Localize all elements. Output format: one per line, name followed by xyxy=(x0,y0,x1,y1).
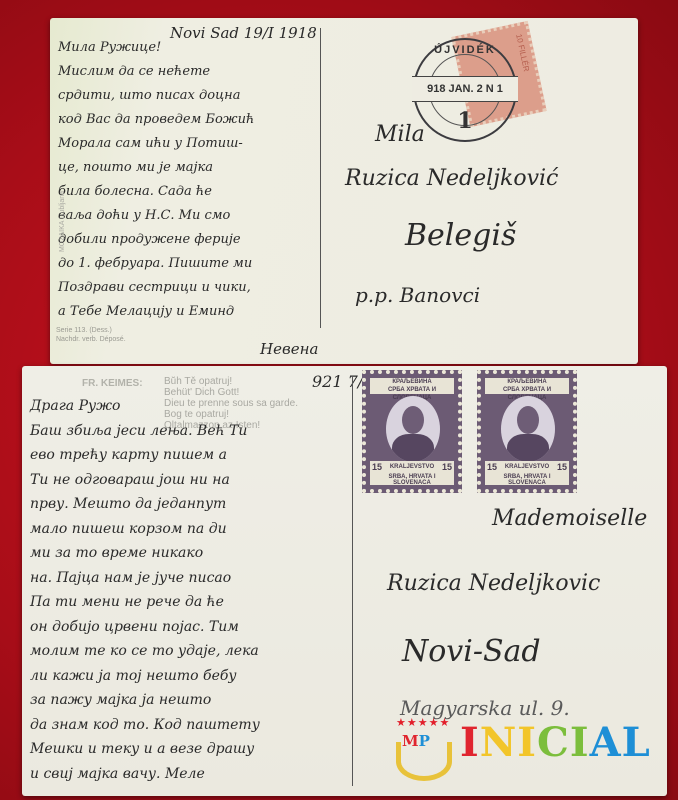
message-line: мало пишеш корзом па ди xyxy=(30,521,227,537)
watermark-letter: A xyxy=(590,720,622,766)
message-line: Па ти мени не рече да ће xyxy=(30,594,224,610)
publisher-info: Serie 113. (Dess.) Nachdr. verb. Déposé. xyxy=(56,326,126,344)
publisher: FR. KEIMES: xyxy=(82,378,143,389)
message-line: ваља доћи у Н.С. Ми смо xyxy=(58,208,230,223)
publisher-line: Serie 113. (Dess.) xyxy=(56,326,126,335)
message-line: била болесна. Сада ће xyxy=(58,184,212,199)
message-line: Мила Ружице! xyxy=(58,40,161,55)
message-line: на. Пајца нам је јуче писао xyxy=(30,570,231,586)
greeting-line: Behüt' Dich Gott! xyxy=(164,387,298,398)
postmark-number: 1 xyxy=(415,108,515,134)
message-line: за пажу мајка ја нешто xyxy=(30,692,211,708)
publisher-line: Nachdr. verb. Déposé. xyxy=(56,335,126,344)
message-line: добили продужене ферије xyxy=(58,232,241,247)
postmark-date: 918 JAN. 2 N 1 xyxy=(412,76,518,102)
watermark-letter: N xyxy=(480,720,518,766)
postage-stamp: КРАЉЕВИНАСРБА ХРВАТА И СЛОВЕНАЦА1515KRAL… xyxy=(362,370,462,493)
address-line: Ruzica Nedeljković xyxy=(345,166,558,191)
portrait-icon xyxy=(386,396,440,462)
message-line: да знам код то. Код паштету xyxy=(30,717,260,733)
address-line: Novi-Sad xyxy=(402,634,541,669)
address-line: Mila xyxy=(375,122,425,147)
address-line: p.p. Banovci xyxy=(355,283,480,307)
date-line: Novi Sad 19/I 1918 xyxy=(170,24,317,42)
message-line: ево трећу карту пишем а xyxy=(30,447,227,463)
signature: Невена xyxy=(260,340,318,358)
address-line: Mademoiselle xyxy=(492,506,647,531)
watermark-text: INICIAL xyxy=(460,720,651,766)
address-line: Ruzica Nedeljkovic xyxy=(387,571,600,596)
watermark-letter: L xyxy=(622,720,651,766)
message-line: Мислим да се нећете xyxy=(58,64,210,79)
message-line: Мешки и теку и а везе драшу xyxy=(30,741,254,757)
postage-stamp: КРАЉЕВИНАСРБА ХРВАТА И СЛОВЕНАЦА1515KRAL… xyxy=(477,370,577,493)
mp-emblem-icon: ★★★★★ MP xyxy=(390,712,450,782)
greeting-line: Bog te opatruj! xyxy=(164,409,298,420)
message-line: код Вас да проведем Божић xyxy=(58,112,254,127)
message-line: Драга Ружо xyxy=(30,398,120,414)
watermark-letter: I xyxy=(460,720,480,766)
watermark-letter: I xyxy=(517,720,537,766)
stars-icon: ★★★★★ xyxy=(396,716,450,729)
message-line: до 1. фебруара. Пишите ми xyxy=(58,256,252,271)
address-line: Belegiš xyxy=(405,218,516,253)
stamp-value: 10 FILLÉR xyxy=(514,33,531,72)
message-line: срдити, што писах доцна xyxy=(58,88,240,103)
inicial-watermark: ★★★★★ MP INICIAL xyxy=(390,712,660,782)
message-line: ли кажи ја тој нешто бебу xyxy=(30,668,237,684)
message-line: молим те ко се то удаје, лека xyxy=(30,643,259,659)
greeting-line: Bŭh Tě opatruj! xyxy=(164,376,298,387)
postmark: ÚJVIDÉK 918 JAN. 2 N 1 1 xyxy=(413,38,517,142)
stamp-header: КРАЉЕВИНАСРБА ХРВАТА И СЛОВЕНАЦА xyxy=(370,378,454,394)
stamp-footer: 1515KRALJEVSTVOSRBA, HRVATA I SLOVENACA xyxy=(485,461,569,485)
mp-monogram: MP xyxy=(402,732,430,750)
postcard-top: Novi Sad 19/I 1918 Мила Ружице!Мислим да… xyxy=(50,18,638,364)
message-line: он добијо црвени појас. Тим xyxy=(30,619,239,635)
message-line: Морала сам ићи у Потиш- xyxy=(58,136,243,151)
message-line: прву. Мешто да једанпут xyxy=(30,496,226,512)
stamp-footer: 1515KRALJEVSTVOSRBA, HRVATA I SLOVENACA xyxy=(370,461,454,485)
greeting-line: Dieu te prenne sous sa garde. xyxy=(164,398,298,409)
message-line: и свиј мајка вачу. Меле xyxy=(30,766,205,782)
message-line: це, пошто ми је мајка xyxy=(58,160,213,175)
card-divider xyxy=(352,376,353,786)
watermark-letter: I xyxy=(570,720,590,766)
portrait-icon xyxy=(501,396,555,462)
message-line: Поздрави сестрици и чики, xyxy=(58,280,251,295)
message-line: а Тебе Мелацију и Еминд xyxy=(58,304,234,319)
postmark-town: ÚJVIDÉK xyxy=(415,44,515,56)
watermark-letter: C xyxy=(537,720,570,766)
side-print: MOZAIKA Ljubljana xyxy=(59,191,66,252)
stamp-header: КРАЉЕВИНАСРБА ХРВАТА И СЛОВЕНАЦА xyxy=(485,378,569,394)
card-divider xyxy=(320,28,321,328)
message-line: Ти не одговараш још ни на xyxy=(30,472,230,488)
message-line: ми за то време никако xyxy=(30,545,203,561)
message-line: Баш збиља јеси лења. Већ Ти xyxy=(30,423,247,439)
